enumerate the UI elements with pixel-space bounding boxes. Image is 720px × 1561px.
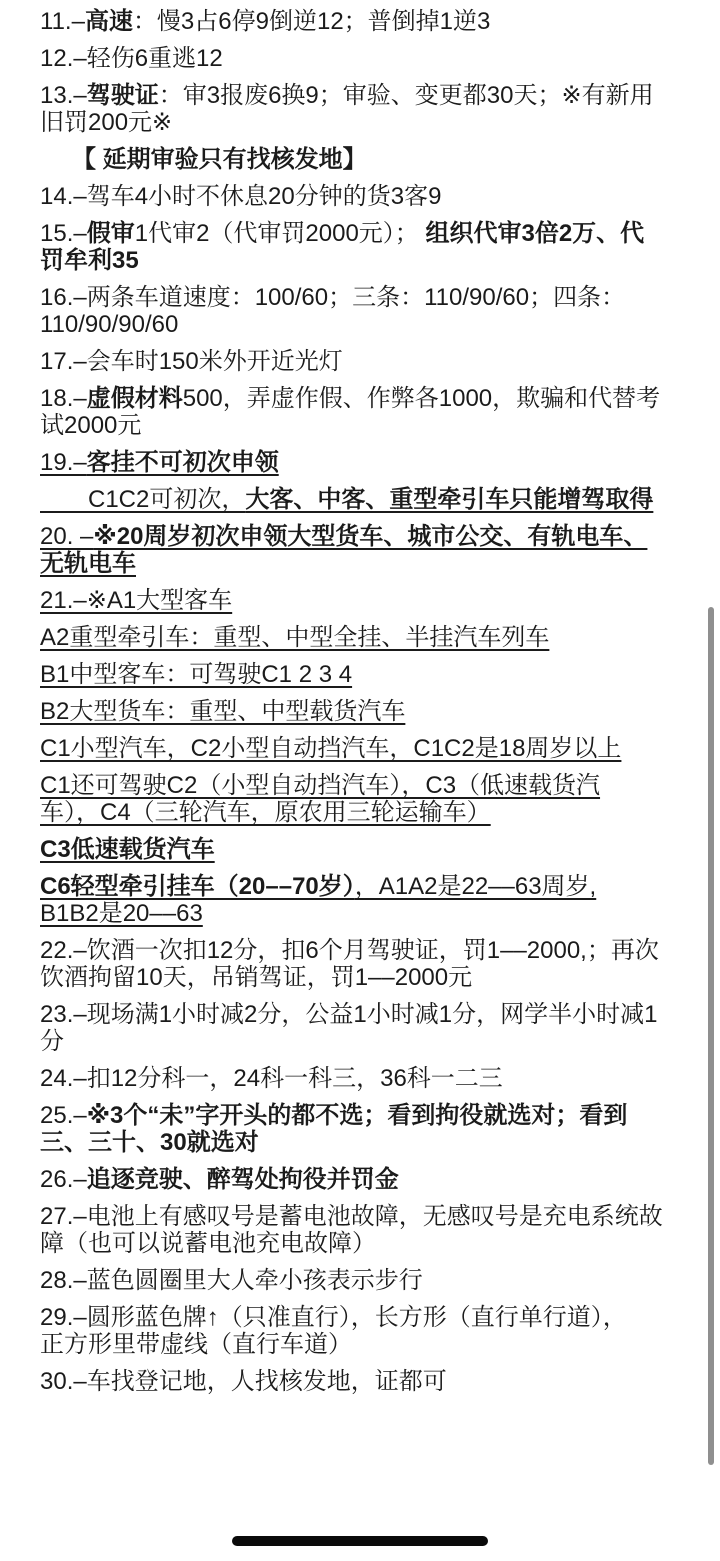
note-a2: A2重型牵引车：重型、中型全挂、半挂汽车列车	[40, 624, 688, 651]
note-text-bold: 无轨电车	[40, 550, 136, 577]
note-text: 25.–	[40, 1102, 87, 1129]
note-line: 旧罚200元※	[40, 109, 688, 136]
note-line: 试2000元	[40, 412, 688, 439]
note-text: 22.–饮酒一次扣12分，扣6个月驾驶证，罚1––2000,；再次	[40, 937, 659, 964]
note-line: 17.–会车时150米外开近光灯	[40, 348, 688, 375]
note-text-bold: 追逐竞驶、醉驾处拘役并罚金	[87, 1166, 399, 1193]
note-text: 29.–圆形蓝色牌↑（只准直行），长方形（直行单行道），	[40, 1304, 627, 1331]
note-line: 19.–客挂不可初次申领	[40, 449, 688, 476]
item-25: 25.–※3个“未”字开头的都不选；看到拘役就选对；看到三、三十、30就选对	[40, 1102, 688, 1156]
note-text: 23.–现场满1小时减2分，公益1小时减1分，网学半小时减1	[40, 1001, 657, 1028]
note-text: 26.–	[40, 1166, 87, 1193]
note-line: 18.–虚假材料500，弄虚作假、作弊各1000，欺骗和代替考	[40, 385, 688, 412]
note-text: 24.–扣12分科一，24科一科三，36科一二三	[40, 1065, 503, 1092]
note-text: 障（也可以说蓄电池充电故障）	[40, 1230, 376, 1257]
note-text: 18.–	[40, 385, 87, 412]
note-text-bold: 三、三十、30就选对	[40, 1129, 259, 1156]
note-text: 21.–※A1大型客车	[40, 587, 232, 614]
note-line: B1中型客车：可驾驶C1 2 3 4	[40, 661, 688, 688]
note-text: 19.–	[40, 449, 87, 476]
note-text: 15.–	[40, 220, 87, 247]
note-text-bold: C6轻型牵引挂车（20––70岁）	[40, 873, 355, 900]
item-17: 17.–会车时150米外开近光灯	[40, 348, 688, 375]
note-text-bold: 假审	[87, 220, 135, 247]
document-page: 11.–高速：慢3占6停9倒逆12；普倒掉1逆312.–轻伤6重逃1213.–驾…	[0, 0, 720, 1561]
note-text: B2大型货车：重型、中型载货汽车	[40, 698, 405, 725]
note-text: 13.–	[40, 82, 87, 109]
note-text: 28.–蓝色圆圈里大人牵小孩表示步行	[40, 1267, 423, 1294]
note-text-bold: ※20周岁初次申领大型货车、城市公交、有轨电车、	[93, 523, 647, 550]
scrollbar[interactable]	[708, 607, 714, 1465]
note-line: 车），C4（三轮汽车，原农用三轮运输车）	[40, 799, 688, 826]
note-line: 23.–现场满1小时减2分，公益1小时减1分，网学半小时减1	[40, 1001, 688, 1028]
item-20: 20. –※20周岁初次申领大型货车、城市公交、有轨电车、无轨电车	[40, 523, 688, 577]
note-line: 【 延期审验只有找核发地】	[72, 146, 688, 173]
note-text-bold: 虚假材料	[87, 385, 183, 412]
note-b2: B2大型货车：重型、中型载货汽车	[40, 698, 688, 725]
note-text: A2重型牵引车：重型、中型全挂、半挂汽车列车	[40, 624, 549, 651]
note-text: 27.–电池上有感叹号是蓄电池故障，无感叹号是充电系统故	[40, 1203, 663, 1230]
note-line: C1还可驾驶C2（小型自动挡汽车），C3（低速载货汽	[40, 772, 688, 799]
note-text: 20. –	[40, 523, 93, 550]
note-line: 27.–电池上有感叹号是蓄电池故障，无感叹号是充电系统故	[40, 1203, 688, 1230]
note-line: 罚牟利35	[40, 247, 688, 274]
note-text-bold: C3低速载货汽车	[40, 836, 215, 863]
note-text-bold: 【 延期审验只有找核发地】	[72, 146, 367, 173]
note-text: B1中型客车：可驾驶C1 2 3 4	[40, 661, 352, 688]
item-15: 15.–假审1代审2（代审罚2000元）； 组织代审3倍2万、代罚牟利35	[40, 220, 688, 274]
note-line: 饮酒拘留10天，吊销驾证，罚1––2000元	[40, 964, 688, 991]
note-line: 25.–※3个“未”字开头的都不选；看到拘役就选对；看到	[40, 1102, 688, 1129]
note-line: C3低速载货汽车	[40, 836, 688, 863]
note-text: 车），C4（三轮汽车，原农用三轮运输车）	[40, 799, 491, 826]
notes-list: 11.–高速：慢3占6停9倒逆12；普倒掉1逆312.–轻伤6重逃1213.–驾…	[40, 8, 688, 1405]
item-22: 22.–饮酒一次扣12分，扣6个月驾驶证，罚1––2000,；再次饮酒拘留10天…	[40, 937, 688, 991]
note-c6: C6轻型牵引挂车（20––70岁），A1A2是22––63周岁,B1B2是20–…	[40, 873, 688, 927]
note-text: ：审3报废6换9；审验、变更都30天；※有新用	[159, 82, 654, 109]
note-c1-extra: C1还可驾驶C2（小型自动挡汽车），C3（低速载货汽车），C4（三轮汽车，原农用…	[40, 772, 688, 826]
note-text: 500，弄虚作假、作弊各1000，欺骗和代替考	[183, 385, 660, 412]
note-text-bold: 驾驶证	[87, 82, 159, 109]
note-line: 三、三十、30就选对	[40, 1129, 688, 1156]
item-27: 27.–电池上有感叹号是蓄电池故障，无感叹号是充电系统故障（也可以说蓄电池充电故…	[40, 1203, 688, 1257]
note-text: 110/90/90/60	[40, 311, 178, 338]
note-text-bold: 组织代审3倍2万、代	[425, 220, 644, 247]
note-text: C1小型汽车，C2小型自动挡汽车，C1C2是18周岁以上	[40, 735, 621, 762]
note-text: 11.–	[40, 8, 85, 35]
note-text: 14.–驾车4小时不休息20分钟的货3客9	[40, 183, 441, 210]
note-text: 1代审2（代审罚2000元）；	[135, 220, 426, 247]
home-indicator-bar[interactable]	[232, 1536, 488, 1546]
item-14: 14.–驾车4小时不休息20分钟的货3客9	[40, 183, 688, 210]
note-line: 30.–车找登记地，人找核发地，证都可	[40, 1368, 688, 1395]
note-text-bold: 高速	[85, 8, 133, 35]
note-text: 旧罚200元※	[40, 109, 172, 136]
item-30: 30.–车找登记地，人找核发地，证都可	[40, 1368, 688, 1395]
note-b1: B1中型客车：可驾驶C1 2 3 4	[40, 661, 688, 688]
note-text-bold: 客挂不可初次申领	[87, 449, 279, 476]
note-line: 无轨电车	[40, 550, 688, 577]
note-text-bold: 罚牟利35	[40, 247, 139, 274]
note-line: 11.–高速：慢3占6停9倒逆12；普倒掉1逆3	[40, 8, 688, 35]
note-line: 20. –※20周岁初次申领大型货车、城市公交、有轨电车、	[40, 523, 688, 550]
item-29: 29.–圆形蓝色牌↑（只准直行），长方形（直行单行道），正方形里带虚线（直行车道…	[40, 1304, 688, 1358]
note-text: 17.–会车时150米外开近光灯	[40, 348, 343, 375]
note-line: C1小型汽车，C2小型自动挡汽车，C1C2是18周岁以上	[40, 735, 688, 762]
item-28: 28.–蓝色圆圈里大人牵小孩表示步行	[40, 1267, 688, 1294]
note-line: 分	[40, 1028, 688, 1055]
note-text: 饮酒拘留10天，吊销驾证，罚1––2000元	[40, 964, 472, 991]
note-line: 24.–扣12分科一，24科一科三，36科一二三	[40, 1065, 688, 1092]
note-line: B2大型货车：重型、中型载货汽车	[40, 698, 688, 725]
note-text-bold: ※3个“未”字开头的都不选；看到拘役就选对；看到	[87, 1102, 628, 1129]
note-line: 16.–两条车道速度：100/60；三条：110/90/60；四条：	[40, 284, 688, 311]
item-21: 21.–※A1大型客车	[40, 587, 688, 614]
item-23: 23.–现场满1小时减2分，公益1小时减1分，网学半小时减1分	[40, 1001, 688, 1055]
item-18: 18.–虚假材料500，弄虚作假、作弊各1000，欺骗和代替考试2000元	[40, 385, 688, 439]
item-19: 19.–客挂不可初次申领	[40, 449, 688, 476]
note-text: ，A1A2是22––63周岁,	[355, 873, 596, 900]
note-text: 试2000元	[40, 412, 141, 439]
note-text: ：慢3占6停9倒逆12；普倒掉1逆3	[133, 8, 490, 35]
note-line: 正方形里带虚线（直行车道）	[40, 1331, 688, 1358]
note-line: 障（也可以说蓄电池充电故障）	[40, 1230, 688, 1257]
note-text: 分	[40, 1028, 64, 1055]
note-text-bold: 大客、中客、重型牵引车只能增驾取得	[245, 486, 653, 513]
note-c1-c2: C1小型汽车，C2小型自动挡汽车，C1C2是18周岁以上	[40, 735, 688, 762]
note-text: 16.–两条车道速度：100/60；三条：110/90/60；四条：	[40, 284, 625, 311]
note-text: B1B2是20––63	[40, 900, 203, 927]
item-13: 13.–驾驶证：审3报废6换9；审验、变更都30天；※有新用旧罚200元※	[40, 82, 688, 136]
note-c3: C3低速载货汽车	[40, 836, 688, 863]
note-line: 14.–驾车4小时不休息20分钟的货3客9	[40, 183, 688, 210]
note-line: 13.–驾驶证：审3报废6换9；审验、变更都30天；※有新用	[40, 82, 688, 109]
note-text: 12.–轻伤6重逃12	[40, 45, 223, 72]
note-text: C1还可驾驶C2（小型自动挡汽车），C3（低速载货汽	[40, 772, 600, 799]
note-text: C1C2可初次，	[40, 486, 245, 513]
note-c1c2-first-apply: C1C2可初次，大客、中客、重型牵引车只能增驾取得	[40, 486, 688, 513]
note-line: C1C2可初次，大客、中客、重型牵引车只能增驾取得	[40, 486, 688, 513]
item-12: 12.–轻伤6重逃12	[40, 45, 688, 72]
item-24: 24.–扣12分科一，24科一科三，36科一二三	[40, 1065, 688, 1092]
note-line: B1B2是20––63	[40, 900, 688, 927]
note-line: 22.–饮酒一次扣12分，扣6个月驾驶证，罚1––2000,；再次	[40, 937, 688, 964]
note-line: C6轻型牵引挂车（20––70岁），A1A2是22––63周岁,	[40, 873, 688, 900]
note-line: 26.–追逐竞驶、醉驾处拘役并罚金	[40, 1166, 688, 1193]
note-line: A2重型牵引车：重型、中型全挂、半挂汽车列车	[40, 624, 688, 651]
note-text: 正方形里带虚线（直行车道）	[40, 1331, 352, 1358]
note-text: 30.–车找登记地，人找核发地，证都可	[40, 1368, 447, 1395]
note-line: 110/90/90/60	[40, 311, 688, 338]
item-16: 16.–两条车道速度：100/60；三条：110/90/60；四条：110/90…	[40, 284, 688, 338]
note-line: 29.–圆形蓝色牌↑（只准直行），长方形（直行单行道），	[40, 1304, 688, 1331]
note-line: 12.–轻伤6重逃12	[40, 45, 688, 72]
note-line: 15.–假审1代审2（代审罚2000元）； 组织代审3倍2万、代	[40, 220, 688, 247]
note-line: 21.–※A1大型客车	[40, 587, 688, 614]
item-26: 26.–追逐竞驶、醉驾处拘役并罚金	[40, 1166, 688, 1193]
item-11: 11.–高速：慢3占6停9倒逆12；普倒掉1逆3	[40, 8, 688, 35]
heading-deferred-review: 【 延期审验只有找核发地】	[40, 146, 688, 173]
note-line: 28.–蓝色圆圈里大人牵小孩表示步行	[40, 1267, 688, 1294]
